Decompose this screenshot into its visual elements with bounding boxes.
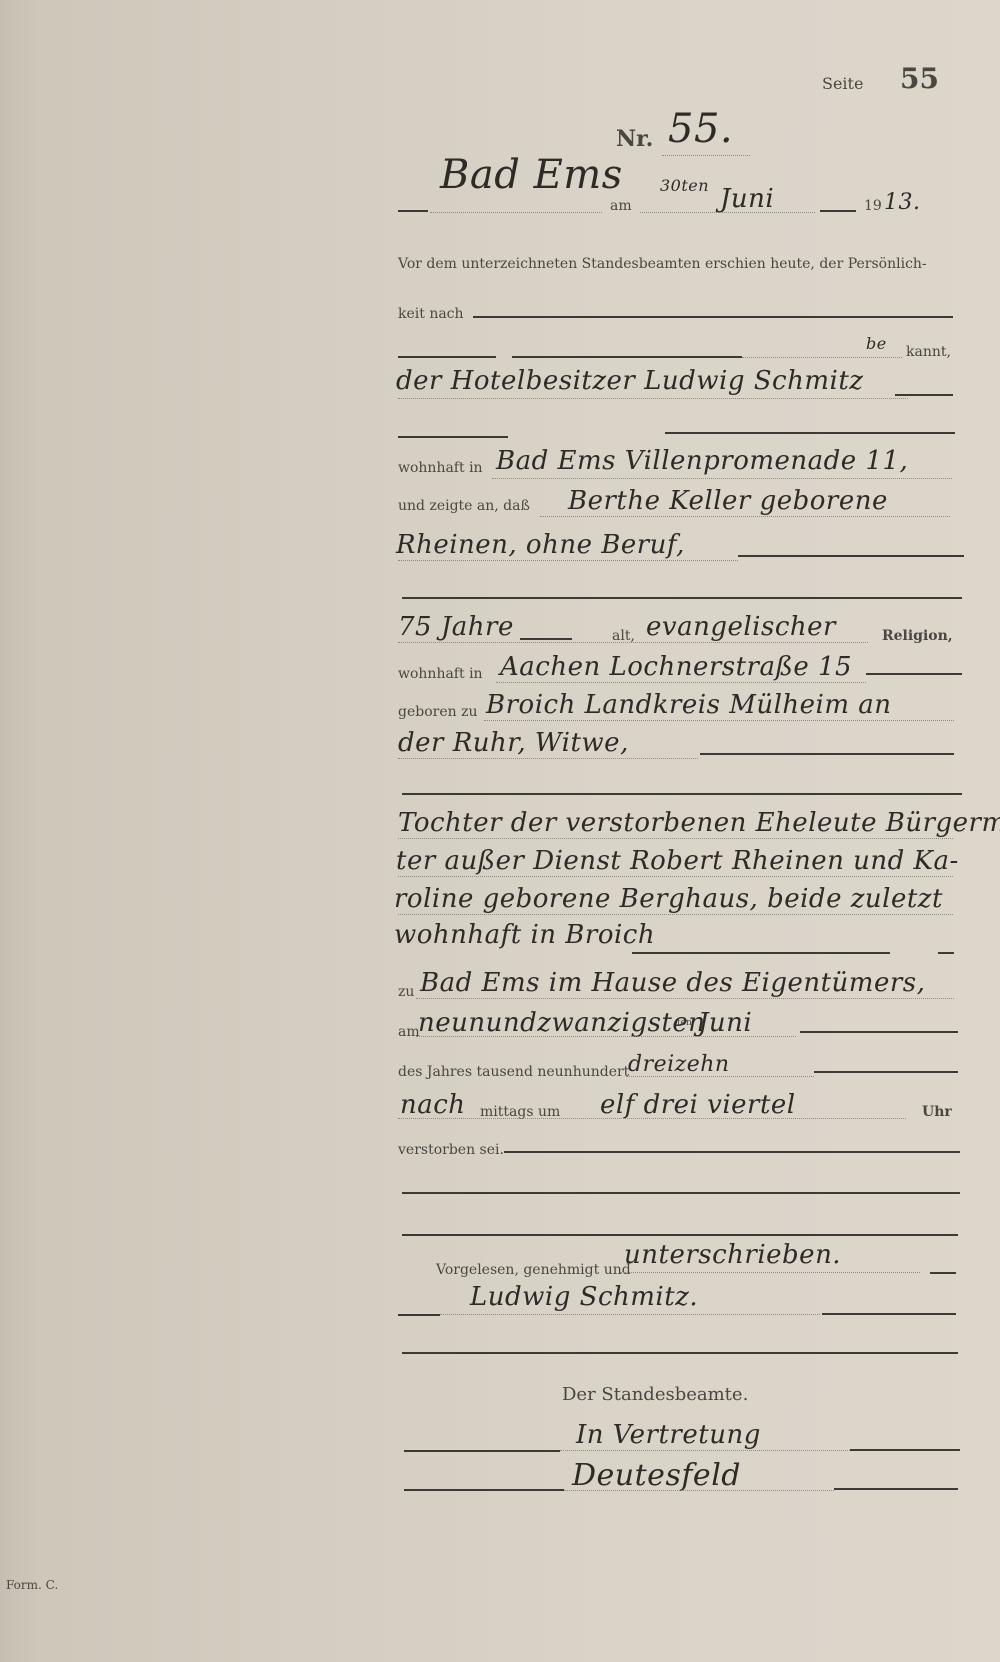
year-words: dreizehn xyxy=(628,1052,730,1077)
rule xyxy=(402,793,962,795)
religion-label: Religion, xyxy=(882,628,953,644)
rule xyxy=(520,638,572,640)
death-day-suffix: ten xyxy=(677,1018,692,1028)
known-suffix-printed: kannt, xyxy=(906,344,951,360)
dots xyxy=(440,1314,820,1315)
dots xyxy=(398,876,953,877)
record-number-dots xyxy=(662,155,750,156)
dots xyxy=(540,516,950,517)
dots xyxy=(742,357,902,358)
religion-written: evangelischer xyxy=(646,612,836,642)
dots xyxy=(416,998,954,999)
rule xyxy=(678,1234,958,1236)
rule xyxy=(402,1234,682,1236)
parents-line-1: Tochter der verstorbenen Eheleute Bürger… xyxy=(398,808,1000,838)
year-written: 13. xyxy=(884,190,921,215)
rule xyxy=(738,555,964,557)
parents-line-3: roline geborene Berghaus, beide zuletzt xyxy=(394,884,943,914)
known-suffix-written: be xyxy=(866,334,887,353)
page-shadow xyxy=(0,0,40,1662)
birth-label: geboren zu xyxy=(398,704,477,720)
rule xyxy=(398,210,428,212)
rule xyxy=(866,673,962,675)
death-day-label: am xyxy=(398,1024,420,1040)
time-words: elf drei viertel xyxy=(600,1090,796,1120)
intro-line-1: Vor dem unterzeichneten Standesbeamten e… xyxy=(398,256,927,272)
declarant: der Hotelbesitzer Ludwig Schmitz xyxy=(396,366,863,396)
dots xyxy=(398,838,953,839)
dots xyxy=(496,682,866,683)
dots xyxy=(564,1490,834,1491)
rule xyxy=(402,1192,960,1194)
rule xyxy=(398,1314,440,1316)
deceased-residence-label: wohnhaft in xyxy=(398,666,483,682)
dots xyxy=(484,720,954,721)
page-number: 55 xyxy=(900,62,939,95)
age-written: 75 Jahre xyxy=(398,612,514,642)
parents-line-2: ter außer Dienst Robert Rheinen und Ka- xyxy=(396,846,959,876)
deceased-line-2: Rheinen, ohne Beruf, xyxy=(396,530,685,560)
dots xyxy=(620,1272,920,1273)
rule xyxy=(512,356,742,358)
dots xyxy=(626,1076,814,1077)
rule xyxy=(402,1352,958,1354)
dots xyxy=(560,1450,850,1451)
rule xyxy=(398,436,508,438)
rule xyxy=(700,753,954,755)
rule xyxy=(632,952,890,954)
declarant-signature: Ludwig Schmitz. xyxy=(470,1282,698,1312)
approved-label: Vorgelesen, genehmigt und xyxy=(436,1262,631,1278)
birthplace-line-2: der Ruhr, Witwe, xyxy=(398,728,629,758)
date-dots xyxy=(640,212,815,213)
record-label: Nr. xyxy=(616,126,653,152)
reported-label: und zeigte an, daß xyxy=(398,498,530,514)
parents-line-4: wohnhaft in Broich xyxy=(394,920,655,950)
time-prefix: nach xyxy=(400,1090,466,1120)
rule xyxy=(822,1313,956,1315)
rule xyxy=(800,1031,958,1033)
page-label: Seite xyxy=(822,74,863,93)
death-place: Bad Ems im Hause des Eigentümers, xyxy=(420,968,925,998)
rule xyxy=(402,597,962,599)
dots xyxy=(398,642,868,643)
month-written: Juni xyxy=(720,184,774,214)
closing-text: verstorben sei. xyxy=(398,1142,504,1158)
rule xyxy=(895,394,953,396)
rule xyxy=(938,952,954,954)
residence-label: wohnhaft in xyxy=(398,460,483,476)
year-label: des Jahres tausend neunhundert xyxy=(398,1064,629,1080)
rule xyxy=(404,1489,564,1491)
intro-line-2: keit nach xyxy=(398,306,464,322)
rule xyxy=(814,1071,958,1073)
deceased-residence: Aachen Lochnerstraße 15 xyxy=(500,652,852,682)
deceased-line-1: Berthe Keller geborene xyxy=(568,486,888,516)
death-day: neunundzwanzigsten xyxy=(418,1008,706,1038)
registrar-signature: Deutesfeld xyxy=(572,1458,741,1493)
place-written: Bad Ems xyxy=(440,152,623,198)
rule xyxy=(834,1488,958,1490)
time-suffix: Uhr xyxy=(922,1104,952,1120)
death-month: Juni xyxy=(698,1008,752,1038)
rule xyxy=(850,1449,960,1451)
birthplace-line-1: Broich Landkreis Mülheim an xyxy=(486,690,892,720)
rule xyxy=(398,356,496,358)
year-printed: 19 xyxy=(864,198,882,214)
dots xyxy=(398,914,953,915)
dots xyxy=(398,398,908,399)
death-place-label: zu xyxy=(398,984,414,1000)
dots xyxy=(492,478,952,479)
approved-written: unterschrieben. xyxy=(624,1240,841,1270)
rule xyxy=(820,210,856,212)
form-label: Form. C. xyxy=(6,1578,58,1592)
record-number: 55. xyxy=(668,106,733,152)
registrar-title: Der Standesbeamte. xyxy=(562,1384,748,1405)
date-prefix: am xyxy=(610,198,632,214)
dots xyxy=(398,560,738,561)
rule xyxy=(504,1151,960,1153)
dots xyxy=(416,1036,796,1037)
day-written: 30ten xyxy=(660,176,709,195)
dots xyxy=(398,758,698,759)
place-dots xyxy=(430,212,602,213)
rule xyxy=(930,1272,956,1274)
rule xyxy=(404,1450,560,1452)
declarant-residence: Bad Ems Villenpromenade 11, xyxy=(496,446,908,476)
registrar-note: In Vertretung xyxy=(576,1420,761,1450)
dots xyxy=(398,1118,906,1119)
rule xyxy=(665,432,955,434)
rule xyxy=(473,316,953,318)
